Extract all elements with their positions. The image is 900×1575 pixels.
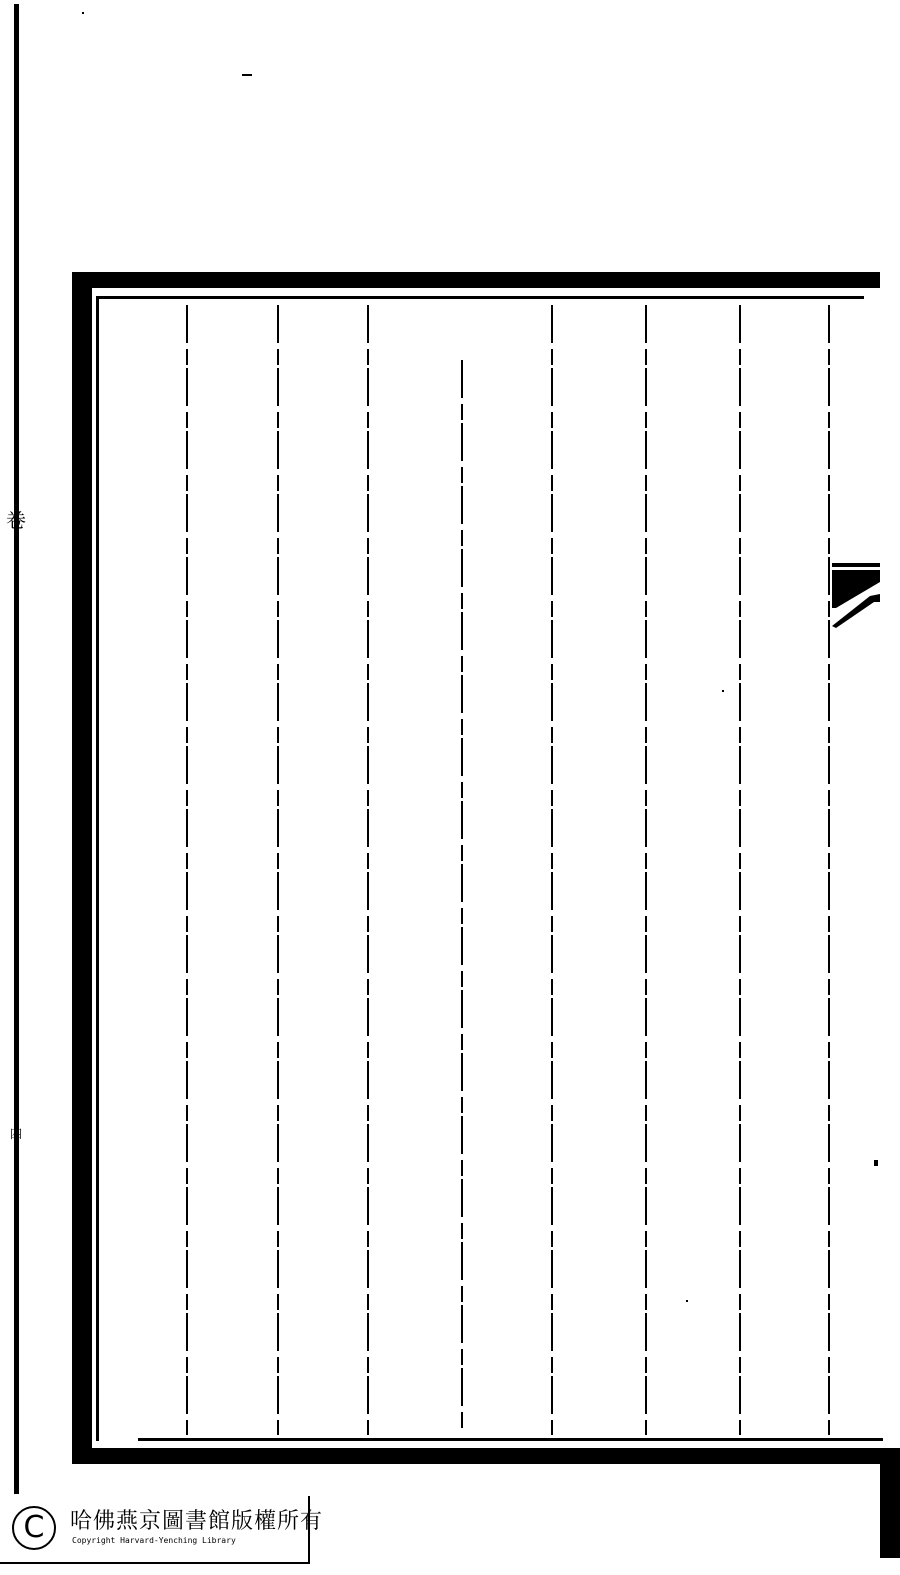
column-rule (739, 305, 741, 1435)
copyright-english-text: Copyright Harvard-Yenching Library (72, 1536, 236, 1545)
column-rule (277, 305, 279, 1435)
frame-right-border (880, 1448, 900, 1558)
scan-speck (874, 1160, 878, 1166)
binding-mark-lower: 四 (10, 1128, 22, 1140)
column-rule (367, 305, 369, 1435)
fishtail-mark-icon (830, 560, 880, 630)
column-rule (551, 305, 553, 1435)
inner-left-rule (96, 296, 99, 1441)
column-rule (461, 360, 463, 1430)
scan-speck (686, 1300, 688, 1302)
copyright-chinese-text: 哈佛燕京圖書館版權所有 (70, 1504, 323, 1535)
binding-mark-upper: 卷 (6, 510, 26, 530)
inner-bottom-rule (138, 1438, 883, 1441)
column-rule (645, 305, 647, 1435)
column-rule (828, 305, 830, 1435)
frame-top-border (72, 272, 880, 288)
inner-top-rule (96, 296, 864, 299)
scan-speck (242, 74, 252, 76)
copyright-stamp: C 哈佛燕京圖書館版權所有 Copyright Harvard-Yenching… (0, 1496, 310, 1564)
copyright-icon: C (12, 1506, 56, 1550)
scan-speck (722, 690, 724, 692)
frame-bottom-border (72, 1448, 900, 1464)
frame-left-border (72, 272, 92, 1462)
binding-line (14, 4, 19, 1494)
column-rule (186, 305, 188, 1435)
scan-speck (82, 12, 84, 14)
